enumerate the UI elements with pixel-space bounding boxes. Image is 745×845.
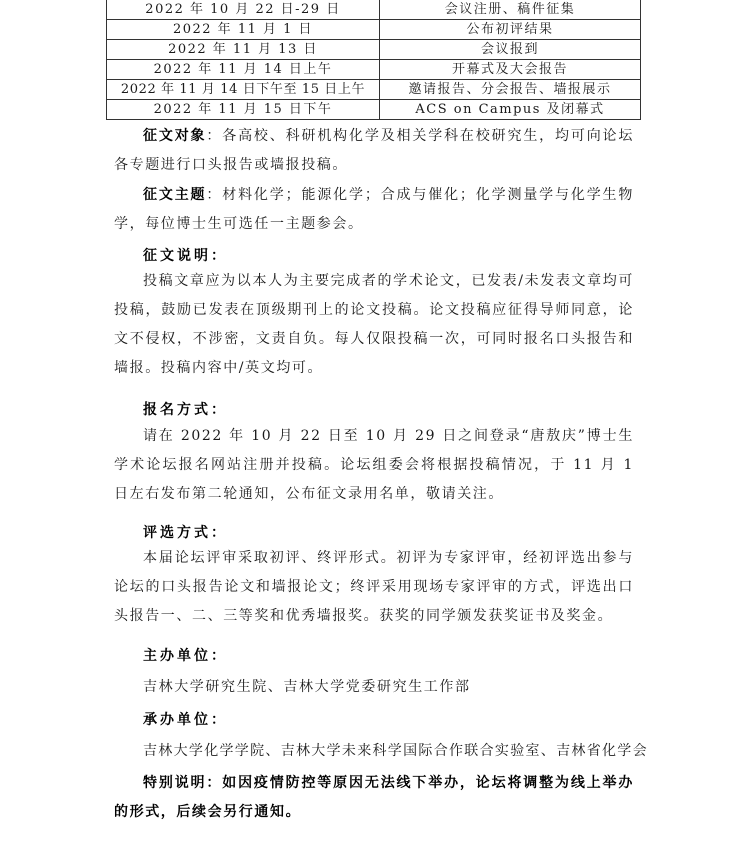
table-row: 2022 年 11 月 15 日下午 ACS on Campus 及闭幕式 (107, 100, 641, 120)
table-row: 2022 年 11 月 14 日上午 开幕式及大会报告 (107, 60, 641, 80)
document-page: 2022 年 10 月 22 日-29 日 会议注册、稿件征集 2022 年 1… (0, 0, 745, 845)
schedule-event: 会议注册、稿件征集 (380, 0, 641, 20)
table-row: 2022 年 10 月 22 日-29 日 会议注册、稿件征集 (107, 0, 641, 20)
section-heading-registration: 报名方式： (143, 399, 228, 419)
section-label: 征文主题 (143, 187, 206, 203)
section-heading-evaluation: 评选方式： (143, 522, 228, 542)
section-evaluation-text: 本届论坛评审采取初评、终评形式。初评为专家评审，经初评选出参与论坛的口头报告论文… (114, 544, 634, 631)
table-row: 2022 年 11 月 1 日 公布初评结果 (107, 20, 641, 40)
schedule-table: 2022 年 10 月 22 日-29 日 会议注册、稿件征集 2022 年 1… (106, 0, 641, 120)
schedule-date: 2022 年 11 月 1 日 (107, 20, 380, 40)
schedule-event: ACS on Campus 及闭幕式 (380, 100, 641, 120)
section-organizer-text: 吉林大学研究生院、吉林大学党委研究生工作部 (143, 676, 471, 696)
section-registration-text: 请在 2022 年 10 月 22 日至 10 月 29 日之间登录“唐敖庆”博… (114, 422, 634, 509)
section-topics: 征文主题：材料化学；能源化学；合成与催化；化学测量学与化学生物学，每位博士生可选… (114, 181, 634, 239)
schedule-event: 会议报到 (380, 40, 641, 60)
table-row: 2022 年 11 月 13 日 会议报到 (107, 40, 641, 60)
table-row: 2022 年 11 月 14 日下午至 15 日上午 邀请报告、分会报告、墙报展… (107, 80, 641, 100)
section-heading-organizer: 主办单位： (143, 645, 228, 665)
section-heading-co-organizer: 承办单位： (143, 709, 228, 729)
section-target: 征文对象：各高校、科研机构化学及相关学科在校研究生，均可向论坛各专题进行口头报告… (114, 122, 634, 180)
section-special-notice: 特别说明：如因疫情防控等原因无法线下举办，论坛将调整为线上举办的形式，后续会另行… (114, 769, 634, 827)
schedule-date: 2022 年 11 月 15 日下午 (107, 100, 380, 120)
schedule-event: 开幕式及大会报告 (380, 60, 641, 80)
schedule-date: 2022 年 11 月 14 日下午至 15 日上午 (107, 80, 380, 100)
section-label: 征文对象 (143, 128, 206, 144)
schedule-event: 公布初评结果 (380, 20, 641, 40)
section-co-organizer-text: 吉林大学化学学院、吉林大学未来科学国际合作联合实验室、吉林省化学会 (143, 740, 648, 760)
schedule-date: 2022 年 11 月 13 日 (107, 40, 380, 60)
section-heading-notes: 征文说明： (143, 245, 228, 265)
schedule-date: 2022 年 10 月 22 日-29 日 (107, 0, 380, 20)
schedule-event: 邀请报告、分会报告、墙报展示 (380, 80, 641, 100)
section-notes-text: 投稿文章应为以本人为主要完成者的学术论文，已发表/未发表文章均可投稿，鼓励已发表… (114, 267, 634, 383)
schedule-date: 2022 年 11 月 14 日上午 (107, 60, 380, 80)
